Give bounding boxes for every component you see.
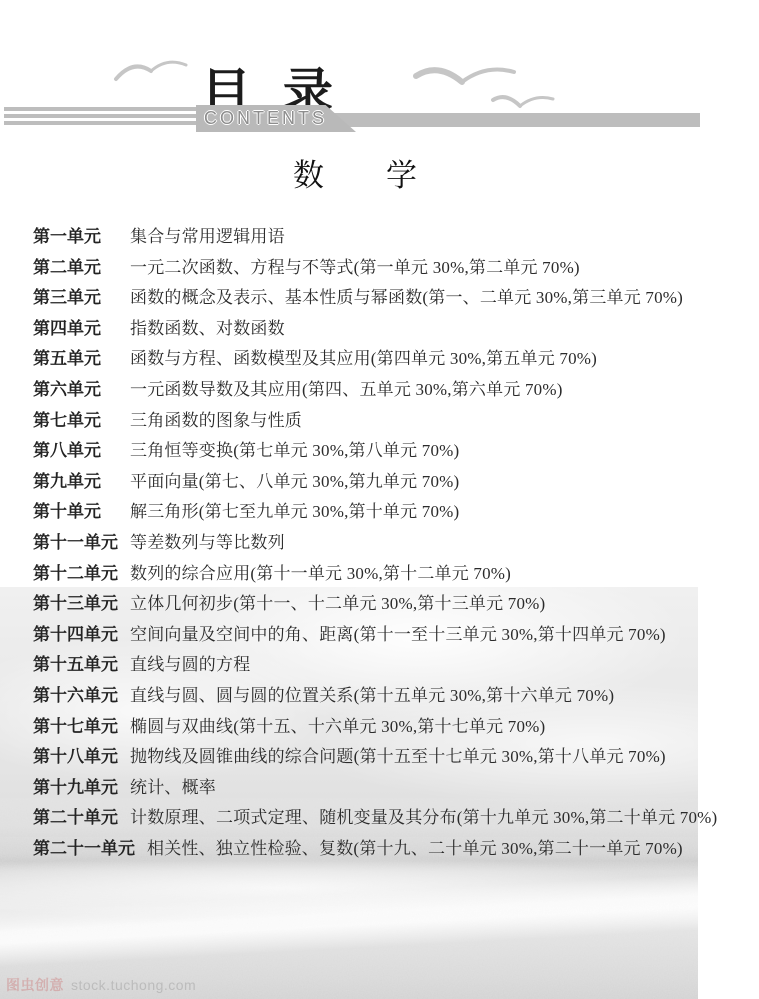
unit-label: 第十单元 xyxy=(33,497,118,528)
toc-row: 第十三单元 立体几何初步(第十一、十二单元 30%,第十三单元 70%) xyxy=(33,589,733,620)
unit-label: 第七单元 xyxy=(33,406,118,437)
toc-row: 第十六单元 直线与圆、圆与圆的位置关系(第十五单元 30%,第十六单元 70%) xyxy=(33,681,733,712)
unit-label: 第二单元 xyxy=(33,253,118,284)
toc-row: 第五单元 函数与方程、函数模型及其应用(第四单元 30%,第五单元 70%) xyxy=(33,344,733,375)
unit-topic: 三角恒等变换(第七单元 30%,第八单元 70%) xyxy=(130,436,459,467)
watermark-brand: 图虫创意 xyxy=(6,977,64,993)
toc-row: 第二十一单元 相关性、独立性检验、复数(第十九、二十单元 30%,第二十一单元 … xyxy=(33,834,733,865)
contents-label: CONTENTS xyxy=(204,108,327,129)
unit-topic: 相关性、独立性检验、复数(第十九、二十单元 30%,第二十一单元 70%) xyxy=(147,834,683,865)
toc-row: 第十八单元 抛物线及圆锥曲线的综合问题(第十五至十七单元 30%,第十八单元 7… xyxy=(33,742,733,773)
toc-row: 第十一单元 等差数列与等比数列 xyxy=(33,528,733,559)
watermark-site: stock.tuchong.com xyxy=(71,977,196,993)
seagull-icon xyxy=(412,60,518,90)
toc-row: 第二单元 一元二次函数、方程与不等式(第一单元 30%,第二单元 70%) xyxy=(33,253,733,284)
unit-topic: 立体几何初步(第十一、十二单元 30%,第十三单元 70%) xyxy=(130,589,545,620)
unit-label: 第十七单元 xyxy=(33,712,118,743)
unit-topic: 等差数列与等比数列 xyxy=(130,528,285,559)
toc-row: 第十单元 解三角形(第七至九单元 30%,第十单元 70%) xyxy=(33,497,733,528)
toc-row: 第二十单元 计数原理、二项式定理、随机变量及其分布(第十九单元 30%,第二十单… xyxy=(33,803,733,834)
toc-list: 第一单元 集合与常用逻辑用语 第二单元 一元二次函数、方程与不等式(第一单元 3… xyxy=(33,222,733,864)
unit-topic: 统计、概率 xyxy=(130,773,216,804)
toc-page: 图虫创意stock.tuchong.com 目录 CONTENTS 数学 第一单… xyxy=(0,0,759,999)
unit-topic: 指数函数、对数函数 xyxy=(130,314,285,345)
unit-topic: 一元函数导数及其应用(第四、五单元 30%,第六单元 70%) xyxy=(130,375,563,406)
toc-row: 第九单元 平面向量(第七、八单元 30%,第九单元 70%) xyxy=(33,467,733,498)
unit-label: 第十八单元 xyxy=(33,742,118,773)
toc-row: 第四单元 指数函数、对数函数 xyxy=(33,314,733,345)
unit-topic: 数列的综合应用(第十一单元 30%,第十二单元 70%) xyxy=(130,559,511,590)
toc-row: 第八单元 三角恒等变换(第七单元 30%,第八单元 70%) xyxy=(33,436,733,467)
unit-topic: 函数的概念及表示、基本性质与幂函数(第一、二单元 30%,第三单元 70%) xyxy=(130,283,683,314)
unit-label: 第三单元 xyxy=(33,283,118,314)
unit-topic: 一元二次函数、方程与不等式(第一单元 30%,第二单元 70%) xyxy=(130,253,580,284)
unit-topic: 计数原理、二项式定理、随机变量及其分布(第十九单元 30%,第二十单元 70%) xyxy=(130,803,717,834)
unit-label: 第二十一单元 xyxy=(33,834,135,865)
unit-label: 第十三单元 xyxy=(33,589,118,620)
toc-row: 第六单元 一元函数导数及其应用(第四、五单元 30%,第六单元 70%) xyxy=(33,375,733,406)
unit-label: 第十六单元 xyxy=(33,681,118,712)
banner-stripe xyxy=(4,107,196,111)
unit-label: 第五单元 xyxy=(33,344,118,375)
toc-row: 第三单元 函数的概念及表示、基本性质与幂函数(第一、二单元 30%,第三单元 7… xyxy=(33,283,733,314)
unit-topic: 平面向量(第七、八单元 30%,第九单元 70%) xyxy=(130,467,459,498)
unit-topic: 空间向量及空间中的角、距离(第十一至十三单元 30%,第十四单元 70%) xyxy=(130,620,666,651)
unit-label: 第十一单元 xyxy=(33,528,118,559)
banner-rule xyxy=(330,113,700,127)
unit-topic: 直线与圆、圆与圆的位置关系(第十五单元 30%,第十六单元 70%) xyxy=(130,681,614,712)
toc-row: 第十四单元 空间向量及空间中的角、距离(第十一至十三单元 30%,第十四单元 7… xyxy=(33,620,733,651)
unit-label: 第十二单元 xyxy=(33,559,118,590)
unit-label: 第九单元 xyxy=(33,467,118,498)
seagull-icon xyxy=(113,55,189,87)
unit-topic: 抛物线及圆锥曲线的综合问题(第十五至十七单元 30%,第十八单元 70%) xyxy=(130,742,666,773)
toc-row: 第十七单元 椭圆与双曲线(第十五、十六单元 30%,第十七单元 70%) xyxy=(33,712,733,743)
toc-row: 第十五单元 直线与圆的方程 xyxy=(33,650,733,681)
toc-row: 第十九单元 统计、概率 xyxy=(33,773,733,804)
unit-label: 第六单元 xyxy=(33,375,118,406)
stock-watermark: 图虫创意stock.tuchong.com xyxy=(6,975,196,995)
unit-label: 第十四单元 xyxy=(33,620,118,651)
unit-topic: 函数与方程、函数模型及其应用(第四单元 30%,第五单元 70%) xyxy=(130,344,597,375)
subject-heading: 数学 xyxy=(293,150,479,195)
unit-label: 第十五单元 xyxy=(33,650,118,681)
toc-row: 第七单元 三角函数的图象与性质 xyxy=(33,406,733,437)
unit-topic: 椭圆与双曲线(第十五、十六单元 30%,第十七单元 70%) xyxy=(130,712,545,743)
seagull-icon xyxy=(490,90,556,112)
unit-label: 第一单元 xyxy=(33,222,118,253)
unit-label: 第四单元 xyxy=(33,314,118,345)
toc-row: 第一单元 集合与常用逻辑用语 xyxy=(33,222,733,253)
unit-topic: 集合与常用逻辑用语 xyxy=(130,222,285,253)
unit-topic: 三角函数的图象与性质 xyxy=(130,406,302,437)
unit-label: 第二十单元 xyxy=(33,803,118,834)
unit-topic: 直线与圆的方程 xyxy=(130,650,250,681)
toc-row: 第十二单元 数列的综合应用(第十一单元 30%,第十二单元 70%) xyxy=(33,559,733,590)
unit-topic: 解三角形(第七至九单元 30%,第十单元 70%) xyxy=(130,497,459,528)
banner-stripe xyxy=(4,121,196,125)
unit-label: 第八单元 xyxy=(33,436,118,467)
unit-label: 第十九单元 xyxy=(33,773,118,804)
banner-stripe xyxy=(4,114,196,118)
